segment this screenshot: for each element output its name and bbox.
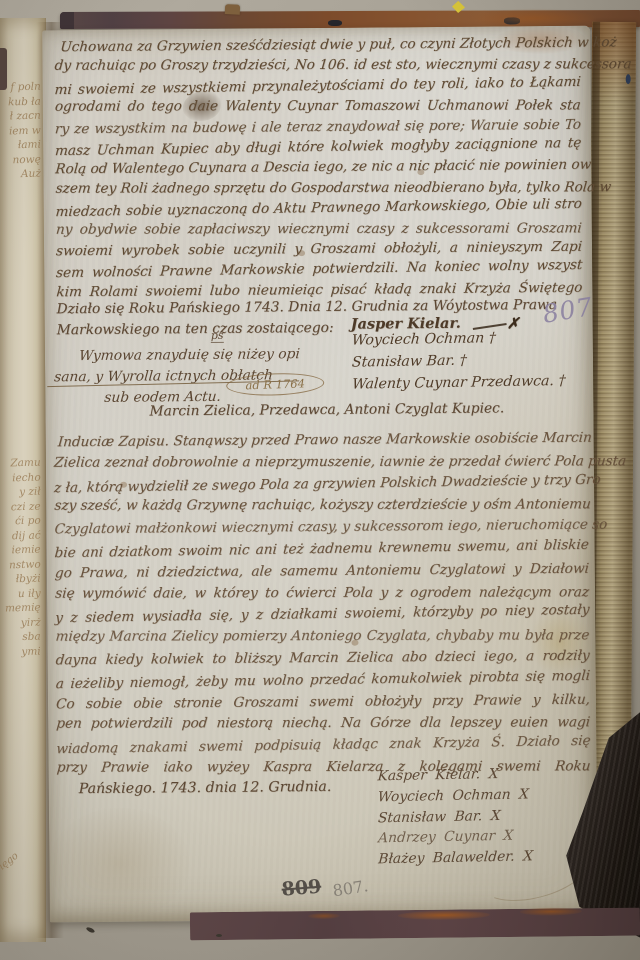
deed2-body: Induciæ Zapisu. Stanąwszy przed Prawo na… [54,428,595,781]
oval-annotation-text: ad R 1764 [245,376,305,392]
signature-block: Kasper Kielar. XWoyciech Ochman XStanisł… [378,764,533,869]
manuscript-line: ogrodami do tego daie Walenty Cuynar Tom… [54,96,581,118]
witness-names-right: Woyciech Ochman †Stanisław Bar. †Walenty… [352,327,566,395]
cover-rust-patch [520,907,582,916]
deed1-date-line: Działo się Roku Pańskiego 1743. Dnia 12.… [56,297,557,317]
manuscript-line: między Marcina Zielicy pomierzy Antonieg… [55,625,591,648]
ps-note: ps [211,329,224,343]
fore-edge-ink-mark [626,74,631,84]
cover-tab [225,4,240,15]
deed2-date-line: Pańskiego. 1743. dnia 12. Grudnia. [79,779,332,797]
folio-number-current: 807. [331,876,369,900]
cover-left-sliver [0,48,7,90]
deed1-body: Uchowana za Grzywien sześćdziesiąt dwie … [54,33,588,303]
cover-ink-blob [328,20,342,26]
deed1-closing-text: Markowskiego na ten czas zostaiącego: [57,320,334,338]
debris-speck [216,934,222,937]
cover-rust-patch [308,913,340,919]
pencil-foliation: 809 807. [282,877,369,900]
manuscript-page: Uchowana za Grzywien sześćdziesiąt dwie … [42,26,598,923]
signature-line: Błażey Balawelder. X [378,847,534,871]
manuscript-line: go Prawa, ni dziedzictwa, ale samemu Ant… [54,558,590,584]
manuscript-line: Wymowa znayduię się niżey opi [78,344,301,367]
signature-line: Kasper Kielar. X [377,763,533,787]
page-stain-bottom-left [49,807,190,920]
manuscript-photo: f polnkub łał zacniem właminowęAuż Zamui… [0,0,640,960]
book-cover-bottom-edge [190,908,640,941]
witness-name: Walenty Cuynar Przedawca. † [351,370,566,396]
debris-speck [86,926,96,933]
cover-corner-notch [60,12,74,29]
parties-line: Marcin Zielica, Przedawca, Antoni Czygla… [149,400,504,419]
manuscript-line: Induciæ Zapisu. Stanąwszy przed Prawo na… [57,428,593,454]
verso-corner-fragment: ięgo [0,851,21,873]
folio-number-struck: 809 [281,876,322,901]
cover-rust-patch [398,910,490,920]
signature-line: Woyciech Ochman X [377,784,533,808]
manuscript-line: Rolą od Walentego Cuynara a Descia iego,… [55,155,583,180]
